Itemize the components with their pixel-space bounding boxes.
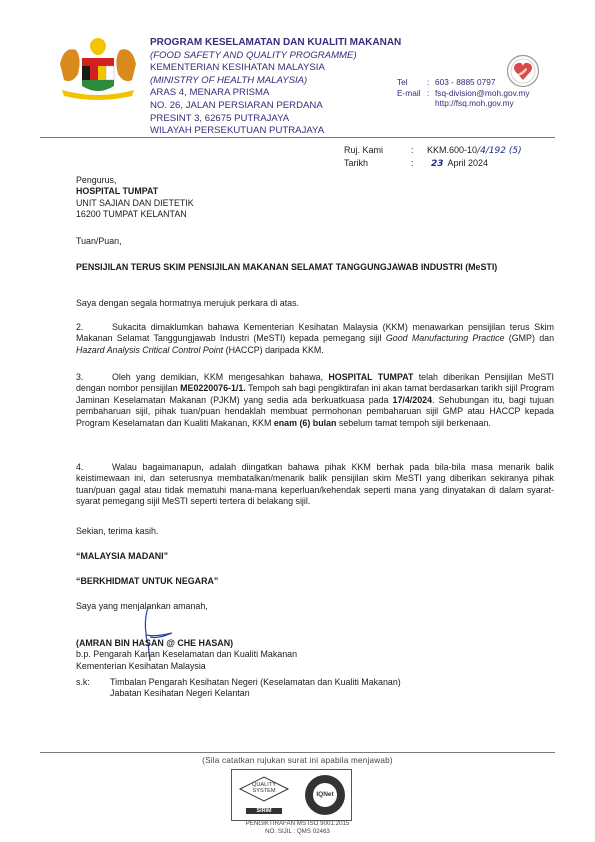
opening-line: Saya dengan segala hormatnya merujuk per… — [76, 298, 554, 309]
paragraph-4: 4.Walau bagaimanapun, adalah diingatkan … — [76, 462, 554, 508]
date-value: 23April 2024 — [427, 157, 488, 170]
recipient-salutation: Pengurus, — [76, 175, 554, 186]
tel-label: Tel — [397, 77, 427, 88]
colon: : — [427, 88, 435, 99]
ref-printed: KKM.600-10 — [427, 145, 477, 155]
ref-value: KKM.600-10/4/192 (5) — [427, 144, 522, 157]
ref-handwritten: /4/192 (5) — [477, 146, 522, 156]
motto-berkhidmat: “BERKHIDMAT UNTUK NEGARA” — [76, 576, 554, 587]
certification-number: ME0220076-1/1. — [180, 383, 246, 393]
cc-line: Jabatan Kesihatan Negeri Kelantan — [110, 688, 401, 699]
greeting: Tuan/Puan, — [76, 236, 554, 247]
text: (HACCP) daripada KKM. — [223, 345, 324, 355]
signatory-org: Kementerian Kesihatan Malaysia — [76, 661, 554, 672]
text: Walau bagaimanapun, adalah diingatkan ba… — [76, 462, 554, 506]
coat-of-arms-logo — [52, 34, 144, 106]
footer-divider — [40, 752, 555, 753]
recipient-block: Pengurus, HOSPITAL TUMPAT UNIT SAJIAN DA… — [76, 175, 554, 221]
cc-block: s.k: Timbalan Pengarah Kesihatan Negeri … — [76, 677, 554, 700]
letterhead-block: PROGRAM KESELAMATAN DAN KUALITI MAKANAN … — [150, 37, 401, 138]
footer-accreditation: PENGIKTIRAFAN MS ISO 9001:2015 NO. SIJIL… — [0, 820, 595, 836]
footer-note: (Sila catatkan rujukan surat ini apabila… — [0, 756, 595, 765]
signatory-name: (AMRAN BIN HASAN @ CHE HASAN) — [76, 638, 554, 649]
certification-logos: QUALITY SYSTEM SIRIM IQNet — [231, 769, 352, 821]
contact-block: Tel : 603 - 8885 0797 E-mail : fsq-divis… — [397, 77, 530, 109]
text: sebelum tamat tempoh sijil berkenaan. — [336, 418, 490, 428]
cc-line: Timbalan Pengarah Kesihatan Negeri (Kese… — [110, 677, 401, 688]
address-line: NO. 26, JALAN PERSIARAN PERDANA — [150, 100, 401, 113]
date-day-handwritten: 23 — [431, 159, 444, 169]
ministry-name: KEMENTERIAN KESIHATAN MALAYSIA — [150, 62, 401, 75]
recipient-address: 16200 TUMPAT KELANTAN — [76, 209, 554, 220]
address-line: WILAYAH PERSEKUTUAN PUTRAJAYA — [150, 125, 401, 138]
signatory-block: (AMRAN BIN HASAN @ CHE HASAN) b.p. Penga… — [76, 638, 554, 672]
sirim-brand: SIRIM — [236, 808, 292, 814]
address-line: ARAS 4, MENARA PRISMA — [150, 87, 401, 100]
date-label: Tarikh — [344, 157, 411, 170]
paragraph-2: 2.Sukacita dimaklumkan bahawa Kementeria… — [76, 322, 554, 356]
programme-name: PROGRAM KESELAMATAN DAN KUALITI MAKANAN — [150, 37, 401, 50]
spacer — [427, 98, 435, 109]
cert-text: SYSTEM — [236, 788, 292, 794]
email-link[interactable]: fsq-division@moh.gov.my — [435, 88, 530, 99]
programme-name-en: (FOOD SAFETY AND QUALITY PROGRAMME) — [150, 50, 401, 63]
recipient-name: HOSPITAL TUMPAT — [76, 186, 554, 197]
cc-label: s.k: — [76, 677, 110, 700]
header-divider — [40, 137, 555, 138]
iqnet-logo: IQNet — [304, 774, 346, 816]
paragraph-number: 4. — [76, 462, 112, 473]
recipient-unit: UNIT SAJIAN DAN DIETETIK — [76, 198, 554, 209]
reference-block: Ruj. Kami : KKM.600-10/4/192 (5) Tarikh … — [344, 144, 522, 170]
tel-value: 603 - 8885 0797 — [435, 77, 495, 88]
colon: : — [411, 144, 427, 157]
ministry-name-en: (MINISTRY OF HEALTH MALAYSIA) — [150, 75, 401, 88]
text: (GMP) dan — [505, 333, 555, 343]
text: Good Manufacturing Practice — [386, 333, 505, 343]
spacer — [397, 98, 427, 109]
date-month-year: April 2024 — [448, 158, 489, 168]
website-link[interactable]: http://fsq.moh.gov.my — [435, 98, 514, 109]
address-line: PRESINT 3, 62675 PUTRAJAYA — [150, 113, 401, 126]
iqnet-label: IQNet — [304, 791, 346, 798]
sirim-quality-system-logo: QUALITY SYSTEM SIRIM — [236, 773, 292, 817]
ref-label: Ruj. Kami — [344, 144, 411, 157]
text: enam (6) bulan — [274, 418, 337, 428]
closing-thanks: Sekian, terima kasih. — [76, 526, 554, 537]
email-label: E-mail — [397, 88, 427, 99]
cert-number: NO. SIJIL : QMS 02463 — [0, 828, 595, 836]
motto-malaysia-madani: “MALAYSIA MADANI” — [76, 551, 554, 562]
text: Oleh yang demikian, KKM mengesahkan baha… — [112, 372, 328, 382]
signatory-title: b.p. Pengarah Kanan Keselamatan dan Kual… — [76, 649, 554, 660]
paragraph-3: 3.Oleh yang demikian, KKM mengesahkan ba… — [76, 372, 554, 429]
colon: : — [411, 157, 427, 170]
paragraph-number: 2. — [76, 322, 112, 333]
letter-subject: PENSIJILAN TERUS SKIM PENSIJILAN MAKANAN… — [76, 262, 554, 273]
colon: : — [427, 77, 435, 88]
paragraph-number: 3. — [76, 372, 112, 383]
text: Hazard Analysis Critical Control Point — [76, 345, 223, 355]
accreditation-text: PENGIKTIRAFAN MS ISO 9001:2015 — [0, 820, 595, 828]
effective-date: 17/4/2024 — [393, 395, 432, 405]
text: HOSPITAL TUMPAT — [328, 372, 413, 382]
